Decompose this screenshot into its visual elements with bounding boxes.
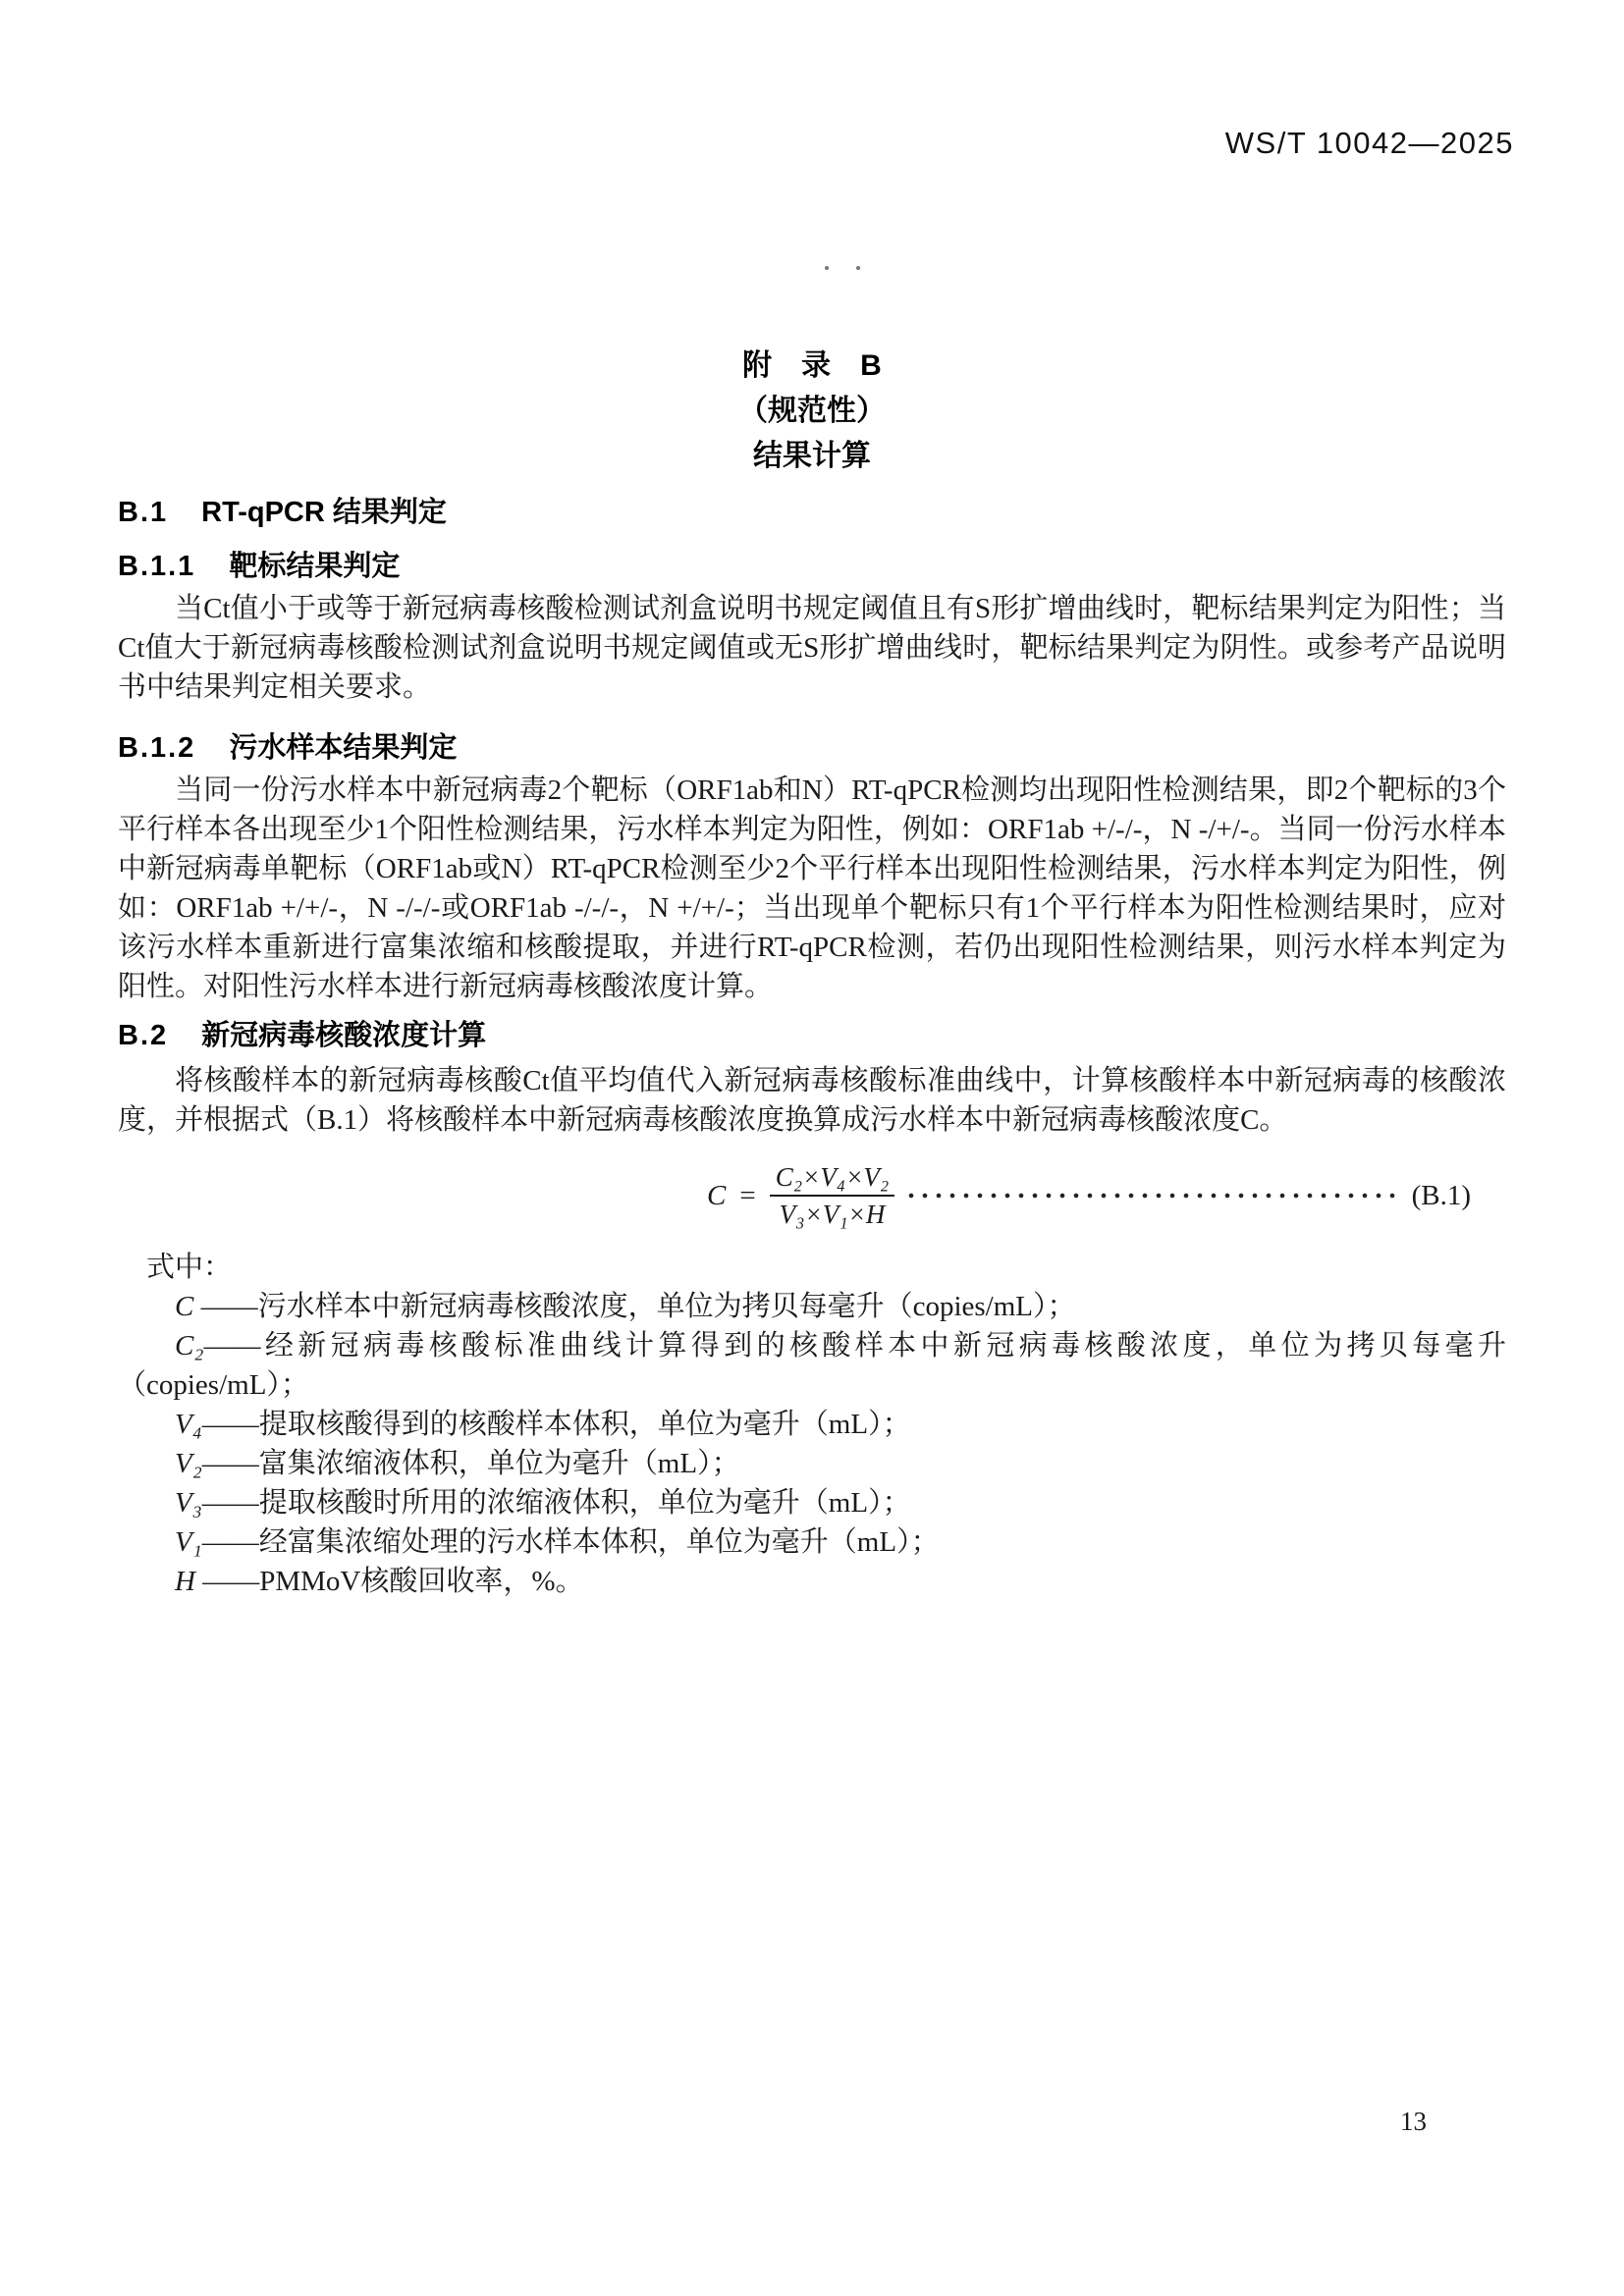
formula-b1: C = C₂×V₄×V₂ V₃×V₁×H (B.1) (707, 1161, 1471, 1230)
heading-b2: B.2新冠病毒核酸浓度计算 (118, 1016, 1506, 1055)
formula-fraction: C₂×V₄×V₂ V₃×V₁×H (770, 1161, 895, 1230)
heading-b1-2: B.1.2污水样本结果判定 (118, 728, 1506, 768)
definitions-intro: 式中： (118, 1248, 1506, 1287)
definition-item-h: H ——PMMoV核酸回收率，%。 (118, 1562, 1506, 1601)
symbol-v3: V₃ (175, 1487, 202, 1519)
symbol-v2: V₂ (175, 1448, 202, 1479)
paragraph-b1-2: 当同一份污水样本中新冠病毒2个靶标（ORF1ab和N）RT-qPCR检测均出现阳… (118, 771, 1506, 1006)
definition-v4-desc: ——提取核酸得到的核酸样本体积，单位为毫升（mL）； (202, 1409, 911, 1440)
definition-h-desc: ——PMMoV核酸回收率，%。 (195, 1566, 584, 1597)
definition-c-desc: ——污水样本中新冠病毒核酸浓度，单位为拷贝每毫升（copies/mL）； (193, 1291, 1075, 1322)
heading-b1-1-number: B.1.1 (118, 551, 195, 582)
heading-b1-1-label: 靶标结果判定 (229, 551, 400, 582)
paragraph-b1-1: 当Ct值小于或等于新冠病毒核酸检测试剂盒说明书规定阈值且有S形扩增曲线时，靶标结… (118, 589, 1506, 707)
definition-v3-desc: ——提取核酸时所用的浓缩液体积，单位为毫升（mL）； (202, 1487, 911, 1519)
definition-item-v1: V₁——经富集浓缩处理的污水样本体积，单位为毫升（mL）； (118, 1522, 1506, 1562)
heading-b2-label: 新冠病毒核酸浓度计算 (201, 1020, 486, 1051)
page-number: 13 (1400, 2107, 1427, 2137)
symbol-c: C (175, 1291, 193, 1322)
formula-numerator: C₂×V₄×V₂ (770, 1161, 895, 1197)
appendix-title-line3: 结果计算 (118, 434, 1506, 479)
definition-item-v4: V₄——提取核酸得到的核酸样本体积，单位为毫升（mL）； (118, 1405, 1506, 1444)
standard-code: WS/T 10042—2025 (1225, 126, 1514, 161)
heading-b1-number: B.1 (118, 497, 168, 528)
document-page: WS/T 10042—2025 附 录 B （规范性） 结果计算 B.1RT-q… (0, 0, 1624, 2296)
formula-denominator: V₃×V₁×H (770, 1197, 895, 1230)
symbol-v1: V₁ (175, 1526, 202, 1558)
appendix-title: 附 录 B （规范性） 结果计算 (118, 344, 1506, 479)
symbol-h: H (175, 1566, 195, 1597)
heading-b1-1: B.1.1靶标结果判定 (118, 547, 1506, 586)
definition-item-c2: C₂——经新冠病毒核酸标准曲线计算得到的核酸样本中新冠病毒核酸浓度，单位为拷贝每… (118, 1326, 1506, 1405)
page-content: 附 录 B （规范性） 结果计算 B.1RT-qPCR 结果判定 B.1.1靶标… (118, 344, 1506, 1601)
heading-b1-2-number: B.1.2 (118, 732, 195, 764)
symbol-v4: V₄ (175, 1409, 202, 1440)
dotted-leader (904, 1193, 1401, 1199)
definition-item-v3: V₃——提取核酸时所用的浓缩液体积，单位为毫升（mL）； (118, 1483, 1506, 1522)
definition-v2-desc: ——富集浓缩液体积，单位为毫升（mL）； (202, 1448, 740, 1479)
heading-b1: B.1RT-qPCR 结果判定 (118, 493, 1506, 532)
heading-b1-label: RT-qPCR 结果判定 (201, 497, 447, 528)
appendix-title-line2: （规范性） (118, 389, 1506, 434)
definition-item-v2: V₂——富集浓缩液体积，单位为毫升（mL）； (118, 1444, 1506, 1483)
heading-b1-2-label: 污水样本结果判定 (229, 732, 457, 764)
definition-c2-desc: ——经新冠病毒核酸标准曲线计算得到的核酸样本中新冠病毒核酸浓度，单位为拷贝每毫升… (118, 1330, 1506, 1401)
definition-v1-desc: ——经富集浓缩处理的污水样本体积，单位为毫升（mL）； (202, 1526, 940, 1558)
formula-lhs: C (707, 1180, 726, 1211)
formula-label: (B.1) (1412, 1180, 1471, 1211)
definition-item-c: C ——污水样本中新冠病毒核酸浓度，单位为拷贝每毫升（copies/mL）； (118, 1287, 1506, 1326)
symbol-c2: C₂ (175, 1330, 203, 1362)
heading-b2-number: B.2 (118, 1020, 168, 1051)
scan-artifact-dots (825, 259, 888, 277)
paragraph-b2: 将核酸样本的新冠病毒核酸Ct值平均值代入新冠病毒核酸标准曲线中，计算核酸样本中新… (118, 1061, 1506, 1140)
appendix-title-line1: 附 录 B (118, 344, 1506, 389)
formula-equals: = (739, 1180, 755, 1211)
